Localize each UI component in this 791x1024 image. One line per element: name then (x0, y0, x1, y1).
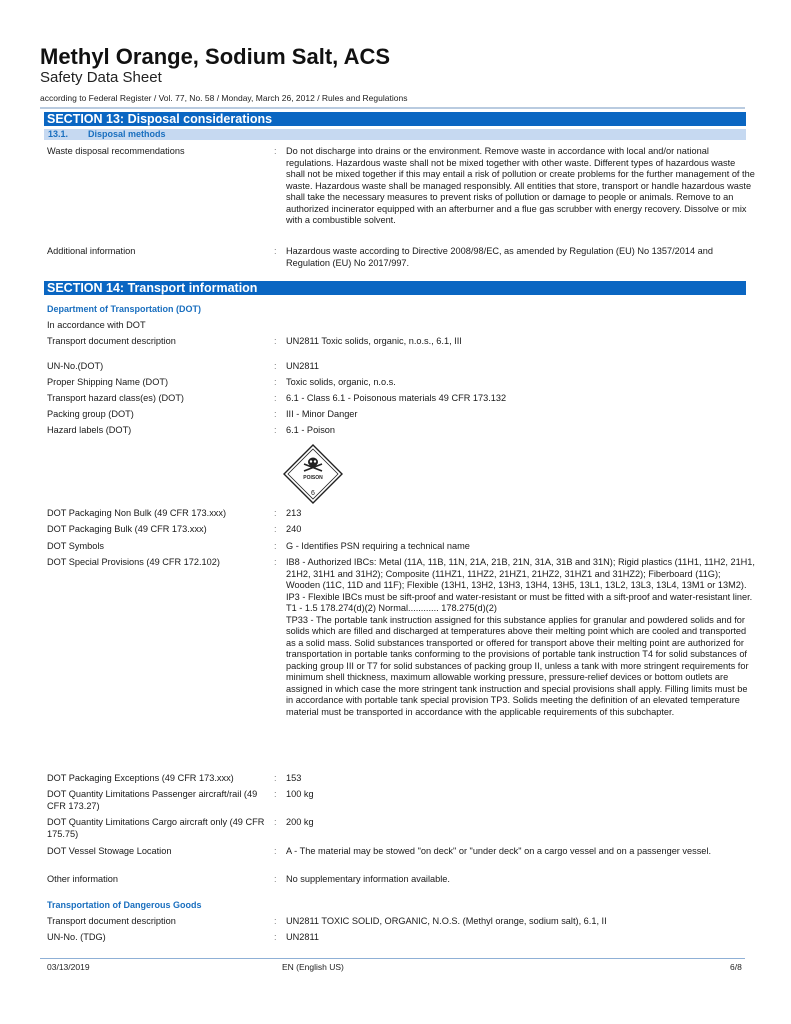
document-title: Methyl Orange, Sodium Salt, ACS (40, 44, 390, 70)
dot-heading: Department of Transportation (DOT) (47, 304, 201, 314)
svg-text:6: 6 (311, 490, 315, 497)
regulation-reference: according to Federal Register / Vol. 77,… (40, 93, 407, 103)
row-value: 153 (286, 773, 756, 785)
row-label: UN-No.(DOT) (47, 361, 272, 373)
row-value: 240 (286, 524, 756, 536)
subsection-title: Disposal methods (88, 129, 166, 139)
row-label: Proper Shipping Name (DOT) (47, 377, 272, 389)
colon-separator: : (274, 361, 277, 373)
header-divider (40, 107, 745, 109)
row-value: G - Identifies PSN requiring a technical… (286, 541, 756, 553)
row-label: Waste disposal recommendations (47, 146, 272, 158)
colon-separator: : (274, 524, 277, 536)
row-label: Transport document description (47, 916, 272, 928)
colon-separator: : (274, 336, 277, 348)
row-value: Hazardous waste according to Directive 2… (286, 246, 756, 269)
poison-diamond-icon: POISON 6 (283, 444, 343, 504)
colon-separator: : (274, 246, 277, 258)
row-value: IB8 - Authorized IBCs: Metal (11A, 11B, … (286, 557, 756, 718)
colon-separator: : (274, 846, 277, 858)
row-label: Packing group (DOT) (47, 409, 272, 421)
row-value: UN2811 (286, 361, 756, 373)
footer-page-number: 6/8 (730, 962, 742, 972)
poison-hazard-label: POISON 6 (283, 444, 343, 504)
row-label: DOT Quantity Limitations Cargo aircraft … (47, 817, 269, 840)
colon-separator: : (274, 393, 277, 405)
section-14-header: SECTION 14: Transport information (44, 281, 746, 295)
colon-separator: : (274, 817, 277, 829)
subsection-number: 13.1. (48, 129, 88, 140)
provision-tp33: TP33 - The portable tank instruction ass… (286, 615, 756, 719)
row-label: Hazard labels (DOT) (47, 425, 272, 437)
footer-date: 03/13/2019 (47, 962, 90, 972)
colon-separator: : (274, 916, 277, 928)
provision-t1: T1 - 1.5 178.274(d)(2) Normal...........… (286, 603, 756, 615)
row-value: III - Minor Danger (286, 409, 756, 421)
row-value: 213 (286, 508, 756, 520)
provision-ib8: IB8 - Authorized IBCs: Metal (11A, 11B, … (286, 557, 756, 592)
row-label: DOT Special Provisions (49 CFR 172.102) (47, 557, 272, 569)
colon-separator: : (274, 541, 277, 553)
colon-separator: : (274, 508, 277, 520)
colon-separator: : (274, 146, 277, 158)
footer-divider (40, 958, 745, 959)
colon-separator: : (274, 377, 277, 389)
provision-ip3: IP3 - Flexible IBCs must be sift-proof a… (286, 592, 756, 604)
row-label: DOT Packaging Bulk (49 CFR 173.xxx) (47, 524, 272, 536)
colon-separator: : (274, 409, 277, 421)
colon-separator: : (274, 425, 277, 437)
row-label: DOT Vessel Stowage Location (47, 846, 269, 858)
row-value: A - The material may be stowed "on deck"… (286, 846, 756, 858)
row-value: UN2811 TOXIC SOLID, ORGANIC, N.O.S. (Met… (286, 916, 756, 928)
row-value: 6.1 - Poison (286, 425, 756, 437)
dot-note: In accordance with DOT (47, 320, 146, 330)
row-value: No supplementary information available. (286, 874, 756, 886)
row-value: 6.1 - Class 6.1 - Poisonous materials 49… (286, 393, 756, 405)
subsection-13-1-header: 13.1.Disposal methods (44, 129, 746, 140)
row-label: DOT Packaging Exceptions (49 CFR 173.xxx… (47, 773, 269, 785)
row-label: Other information (47, 874, 269, 886)
row-label: Transport hazard class(es) (DOT) (47, 393, 272, 405)
row-value: Do not discharge into drains or the envi… (286, 146, 756, 227)
row-label: Additional information (47, 246, 272, 258)
row-value: Toxic solids, organic, n.o.s. (286, 377, 756, 389)
colon-separator: : (274, 789, 277, 801)
row-label: DOT Packaging Non Bulk (49 CFR 173.xxx) (47, 508, 272, 520)
colon-separator: : (274, 932, 277, 944)
row-label: Transport document description (47, 336, 272, 348)
svg-text:POISON: POISON (303, 475, 323, 481)
row-value: 100 kg (286, 789, 756, 801)
row-value: UN2811 (286, 932, 756, 944)
document-subtitle: Safety Data Sheet (40, 69, 162, 86)
colon-separator: : (274, 557, 277, 569)
footer-language: EN (English US) (282, 962, 344, 972)
colon-separator: : (274, 874, 277, 886)
tdg-heading: Transportation of Dangerous Goods (47, 900, 202, 910)
row-label: UN-No. (TDG) (47, 932, 272, 944)
section-13-header: SECTION 13: Disposal considerations (44, 112, 746, 126)
row-label: DOT Symbols (47, 541, 272, 553)
colon-separator: : (274, 773, 277, 785)
row-value: UN2811 Toxic solids, organic, n.o.s., 6.… (286, 336, 756, 348)
row-value: 200 kg (286, 817, 756, 829)
row-label: DOT Quantity Limitations Passenger aircr… (47, 789, 269, 812)
